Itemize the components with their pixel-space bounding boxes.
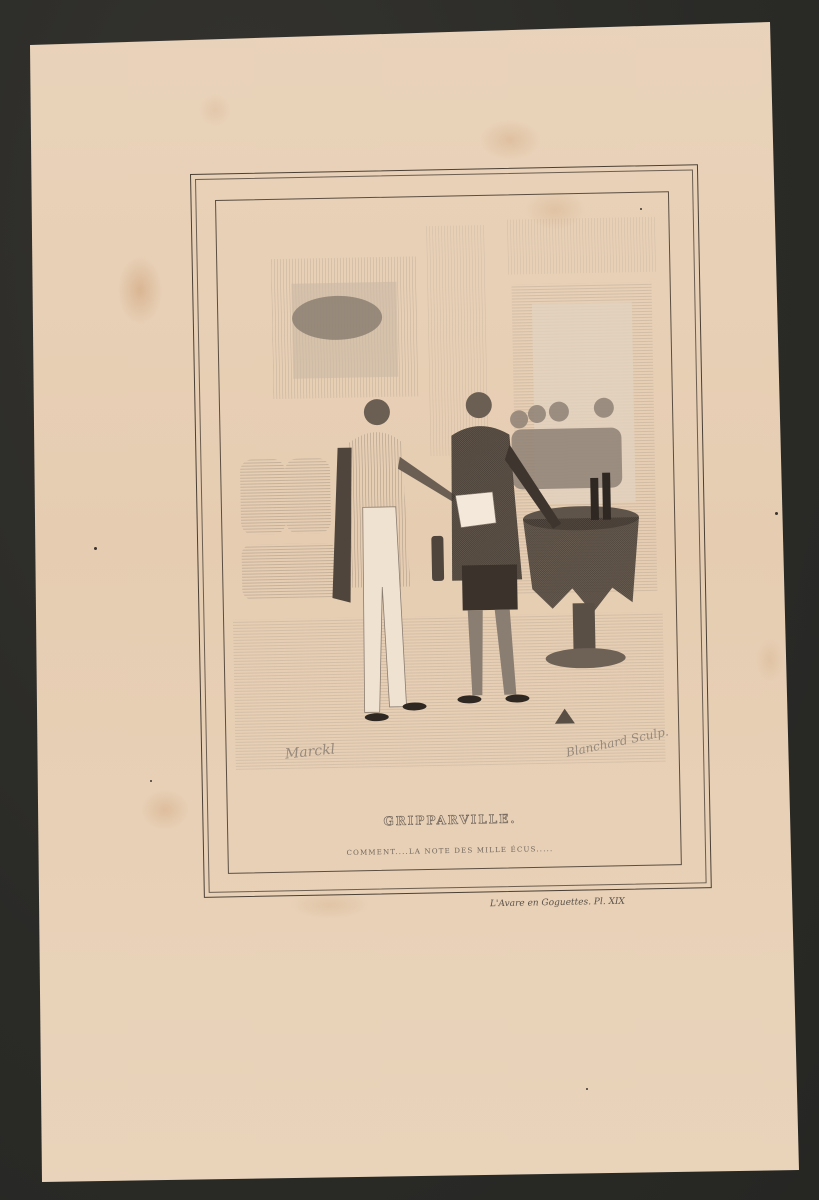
upper-wall-panel [505, 217, 656, 275]
foxing-spot [586, 1088, 588, 1090]
bottle-in-hand [431, 536, 444, 581]
wine-bottle [590, 478, 599, 520]
foxing-spot [640, 208, 642, 210]
barrels [240, 458, 338, 600]
engraving-illustration [225, 202, 666, 780]
foxing-spot [94, 547, 97, 550]
ornamental-pilaster [425, 225, 489, 456]
foxing-spot [775, 512, 778, 515]
foxing-spot [150, 780, 152, 782]
wine-bottle [602, 473, 611, 520]
bill-paper [455, 492, 496, 528]
